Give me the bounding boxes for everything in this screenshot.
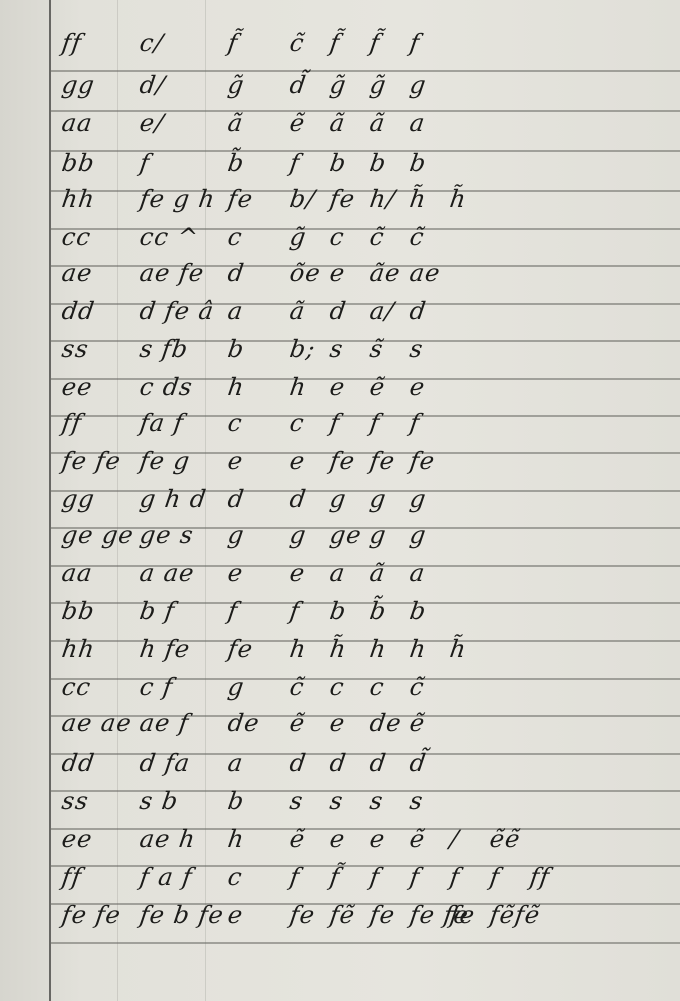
- handwritten-glyph: b/: [288, 184, 318, 214]
- handwritten-glyph: bb: [60, 148, 97, 178]
- handwritten-glyph: a: [328, 558, 348, 588]
- handwritten-glyph: d fa: [138, 748, 192, 778]
- handwritten-glyph: ẽ: [408, 824, 427, 854]
- handwritten-glyph: g̃: [288, 222, 309, 252]
- handwritten-glyph: c: [226, 222, 245, 252]
- handwritten-glyph: ss: [60, 334, 91, 364]
- handwritten-glyph: ee: [60, 372, 95, 402]
- handwritten-glyph: cc: [60, 672, 93, 702]
- handwritten-glyph: h fe: [138, 634, 192, 664]
- handwritten-glyph: f̃: [226, 28, 240, 58]
- handwritten-glyph: hh: [60, 184, 97, 214]
- handwritten-glyph: ff: [60, 862, 84, 892]
- handwritten-glyph: d̃: [408, 748, 429, 778]
- handwritten-glyph: ã: [328, 108, 348, 138]
- handwritten-glyph: e: [226, 446, 245, 476]
- handwritten-glyph: g h d: [138, 484, 209, 514]
- handwritten-glyph: ae f: [138, 708, 191, 738]
- handwritten-glyph: c: [288, 408, 307, 438]
- handwritten-glyph: fe fe: [60, 446, 123, 476]
- handwritten-glyph: g̃: [226, 70, 247, 100]
- handwritten-glyph: g: [408, 484, 429, 514]
- handwritten-glyph: h: [288, 634, 309, 664]
- handwritten-glyph: h̃: [448, 634, 469, 664]
- handwritten-glyph: b;: [288, 334, 318, 364]
- handwritten-glyph: c̃: [408, 672, 427, 702]
- handwritten-glyph: fe fe: [60, 900, 123, 930]
- handwritten-glyph: c̃: [288, 672, 307, 702]
- handwritten-glyph: e/: [138, 108, 167, 138]
- handwritten-glyph: b: [328, 596, 349, 626]
- handwritten-glyph: ae: [60, 258, 95, 288]
- handwritten-glyph: fe: [328, 184, 357, 214]
- handwritten-glyph: c̃: [368, 222, 387, 252]
- handwritten-glyph: f: [328, 408, 342, 438]
- handwritten-glyph: h/: [368, 184, 398, 214]
- handwritten-glyph: ss: [60, 786, 91, 816]
- handwritten-glyph: c f: [138, 672, 175, 702]
- handwritten-glyph: e: [328, 258, 347, 288]
- handwritten-glyph: e: [288, 446, 307, 476]
- handwritten-glyph: h: [288, 372, 309, 402]
- handwritten-glyph: f̃: [328, 28, 342, 58]
- handwritten-glyph: d fe â: [138, 296, 216, 326]
- handwritten-glyph: g̃: [328, 70, 349, 100]
- handwritten-glyph: c ds: [138, 372, 195, 402]
- handwritten-glyph: aa: [60, 558, 95, 588]
- handwritten-glyph: g: [408, 520, 429, 550]
- handwritten-glyph: c/: [138, 28, 166, 58]
- handwritten-glyph: a: [226, 748, 246, 778]
- handwritten-glyph: e: [288, 558, 307, 588]
- handwritten-glyph: fẽ: [328, 900, 357, 930]
- handwritten-glyph: f: [288, 596, 302, 626]
- handwritten-glyph: s: [408, 786, 426, 816]
- handwritten-glyph: g: [226, 520, 247, 550]
- handwritten-glyph: fe: [368, 900, 397, 930]
- handwritten-glyph: h̃: [408, 184, 429, 214]
- handwritten-glyph: c: [226, 862, 245, 892]
- handwritten-glyph: ge s: [138, 520, 196, 550]
- handwritten-glyph: d: [288, 748, 309, 778]
- handwritten-glyph: fe: [226, 184, 255, 214]
- handwritten-glyph: f: [138, 148, 152, 178]
- handwritten-glyph: f: [288, 148, 302, 178]
- handwritten-glyph: d: [328, 748, 349, 778]
- handwritten-glyph: b̃: [368, 596, 389, 626]
- handwritten-glyph: f a f: [138, 862, 195, 892]
- handwritten-glyph: aa: [60, 108, 95, 138]
- handwritten-glyph: f̃: [368, 28, 382, 58]
- handwritten-glyph: g: [408, 70, 429, 100]
- handwritten-glyph: ãe: [368, 258, 403, 288]
- handwritten-glyph: e: [408, 372, 427, 402]
- handwritten-glyph: s fb: [138, 334, 190, 364]
- handwritten-glyph: g: [368, 484, 389, 514]
- handwritten-glyph: e: [368, 824, 387, 854]
- handwritten-glyph: a/: [368, 296, 397, 326]
- handwritten-glyph: s: [288, 786, 306, 816]
- handwritten-glyph: ẽ: [368, 372, 387, 402]
- handwritten-glyph: ã: [368, 108, 388, 138]
- handwritten-glyph: ẽẽ: [488, 824, 523, 854]
- handwritten-glyph: fe: [408, 446, 437, 476]
- handwritten-glyph: s b: [138, 786, 181, 816]
- handwritten-glyph: ge: [328, 520, 364, 550]
- handwritten-glyph: a: [226, 296, 246, 326]
- handwritten-glyph: fe g: [138, 446, 192, 476]
- handwritten-glyph: õe: [288, 258, 323, 288]
- handwritten-glyph: s: [328, 786, 346, 816]
- handwritten-glyph: fe: [328, 446, 357, 476]
- handwritten-glyph: h: [408, 634, 429, 664]
- handwritten-glyph: b̃: [226, 148, 247, 178]
- handwritten-glyph: fe b fe: [138, 900, 226, 930]
- handwritten-glyph: c: [226, 408, 245, 438]
- handwritten-glyph: d: [226, 258, 247, 288]
- handwritten-glyph: a: [408, 558, 428, 588]
- handwritten-glyph: ff: [60, 408, 84, 438]
- handwritten-glyph: e: [226, 900, 245, 930]
- handwritten-glyph: ã: [368, 558, 388, 588]
- handwritten-glyph: e: [328, 372, 347, 402]
- handwritten-glyph: d: [328, 296, 349, 326]
- manuscript-page: ffc/f̃c̃f̃f̃fggd/g̃d̃g̃g̃gaae/ãẽããabbfb̃…: [0, 0, 680, 1001]
- handwritten-glyph: gg: [60, 484, 97, 514]
- handwritten-glyph: g: [288, 520, 309, 550]
- handwritten-glyph: ẽ: [288, 708, 307, 738]
- handwritten-glyph: b: [226, 334, 247, 364]
- handwritten-glyph: ã: [288, 296, 308, 326]
- handwritten-glyph: fe: [288, 900, 317, 930]
- handwritten-glyph: d: [226, 484, 247, 514]
- handwritten-glyph: f: [368, 408, 382, 438]
- handwritten-glyph: a ae: [138, 558, 197, 588]
- handwritten-glyph: b: [328, 148, 349, 178]
- handwritten-glyph: d: [408, 296, 429, 326]
- handwritten-glyph: b: [226, 786, 247, 816]
- handwritten-glyph: g̃: [368, 70, 389, 100]
- handwritten-glyph: d/: [138, 70, 168, 100]
- handwritten-glyph: h: [368, 634, 389, 664]
- handwritten-glyph: ff: [528, 862, 552, 892]
- handwritten-glyph: s̃: [368, 334, 386, 364]
- handwritten-glyph: h̃: [448, 184, 469, 214]
- handwritten-glyph: ae h: [138, 824, 198, 854]
- handwritten-glyph: de: [226, 708, 262, 738]
- handwritten-glyph: h: [226, 372, 247, 402]
- handwritten-glyph: e: [328, 824, 347, 854]
- handwritten-glyph: ã: [226, 108, 246, 138]
- handwritten-glyph: ge ge: [60, 520, 136, 550]
- handwritten-glyph: f: [408, 28, 422, 58]
- handwritten-glyph: de: [368, 708, 404, 738]
- handwritten-glyph: b: [408, 148, 429, 178]
- handwritten-glyph: cc ^: [138, 222, 201, 252]
- handwritten-glyph: fe g h: [138, 184, 217, 214]
- handwritten-glyph: f: [408, 408, 422, 438]
- handwritten-glyph: fa f: [138, 408, 186, 438]
- handwritten-glyph: d̃: [288, 70, 309, 100]
- handwritten-glyph: ff: [60, 28, 84, 58]
- handwritten-glyph: c̃: [288, 28, 307, 58]
- handwritten-glyph: c: [328, 222, 347, 252]
- handwritten-glyph: s: [408, 334, 426, 364]
- handwritten-glyph: fe: [368, 446, 397, 476]
- handwritten-glyph: s: [328, 334, 346, 364]
- handwritten-glyph: dd: [60, 296, 97, 326]
- handwritten-glyph: c: [368, 672, 387, 702]
- handwritten-glyph: s: [368, 786, 386, 816]
- handwritten-glyph: c: [328, 672, 347, 702]
- handwritten-glyph: d: [368, 748, 389, 778]
- handwritten-glyph: fe: [448, 900, 477, 930]
- handwritten-glyph: gg: [60, 70, 97, 100]
- handwritten-glyph: h̃: [328, 634, 349, 664]
- handwritten-glyph: ae fe: [138, 258, 206, 288]
- handwritten-glyph: ee: [60, 824, 95, 854]
- handwritten-glyph: e: [328, 708, 347, 738]
- handwritten-glyph: f: [226, 596, 240, 626]
- handwritten-glyph: hh: [60, 634, 97, 664]
- handwritten-glyph: h: [226, 824, 247, 854]
- handwritten-glyph: g: [226, 672, 247, 702]
- handwritten-glyph: g: [368, 520, 389, 550]
- handwritten-glyph: ẽ: [408, 708, 427, 738]
- handwritten-glyph: a: [408, 108, 428, 138]
- handwritten-glyph: e: [226, 558, 245, 588]
- handwritten-glyph: d: [288, 484, 309, 514]
- handwritten-glyph: ẽ: [288, 108, 307, 138]
- handwritten-glyph: dd: [60, 748, 97, 778]
- handwritten-glyph: fẽfẽ: [488, 900, 542, 930]
- handwritten-glyph: b: [408, 596, 429, 626]
- handwritten-glyph: bb: [60, 596, 97, 626]
- handwritten-glyph: b f: [138, 596, 177, 626]
- handwritten-glyph: ẽ: [288, 824, 307, 854]
- handwritten-glyph: ae: [408, 258, 443, 288]
- ruled-line: [49, 942, 680, 944]
- handwritten-glyph: g: [328, 484, 349, 514]
- handwritten-glyph: cc: [60, 222, 93, 252]
- handwritten-glyph: ae ae: [60, 708, 134, 738]
- handwritten-glyph: fe: [226, 634, 255, 664]
- handwritten-glyph: c̃: [408, 222, 427, 252]
- handwritten-glyph: b: [368, 148, 389, 178]
